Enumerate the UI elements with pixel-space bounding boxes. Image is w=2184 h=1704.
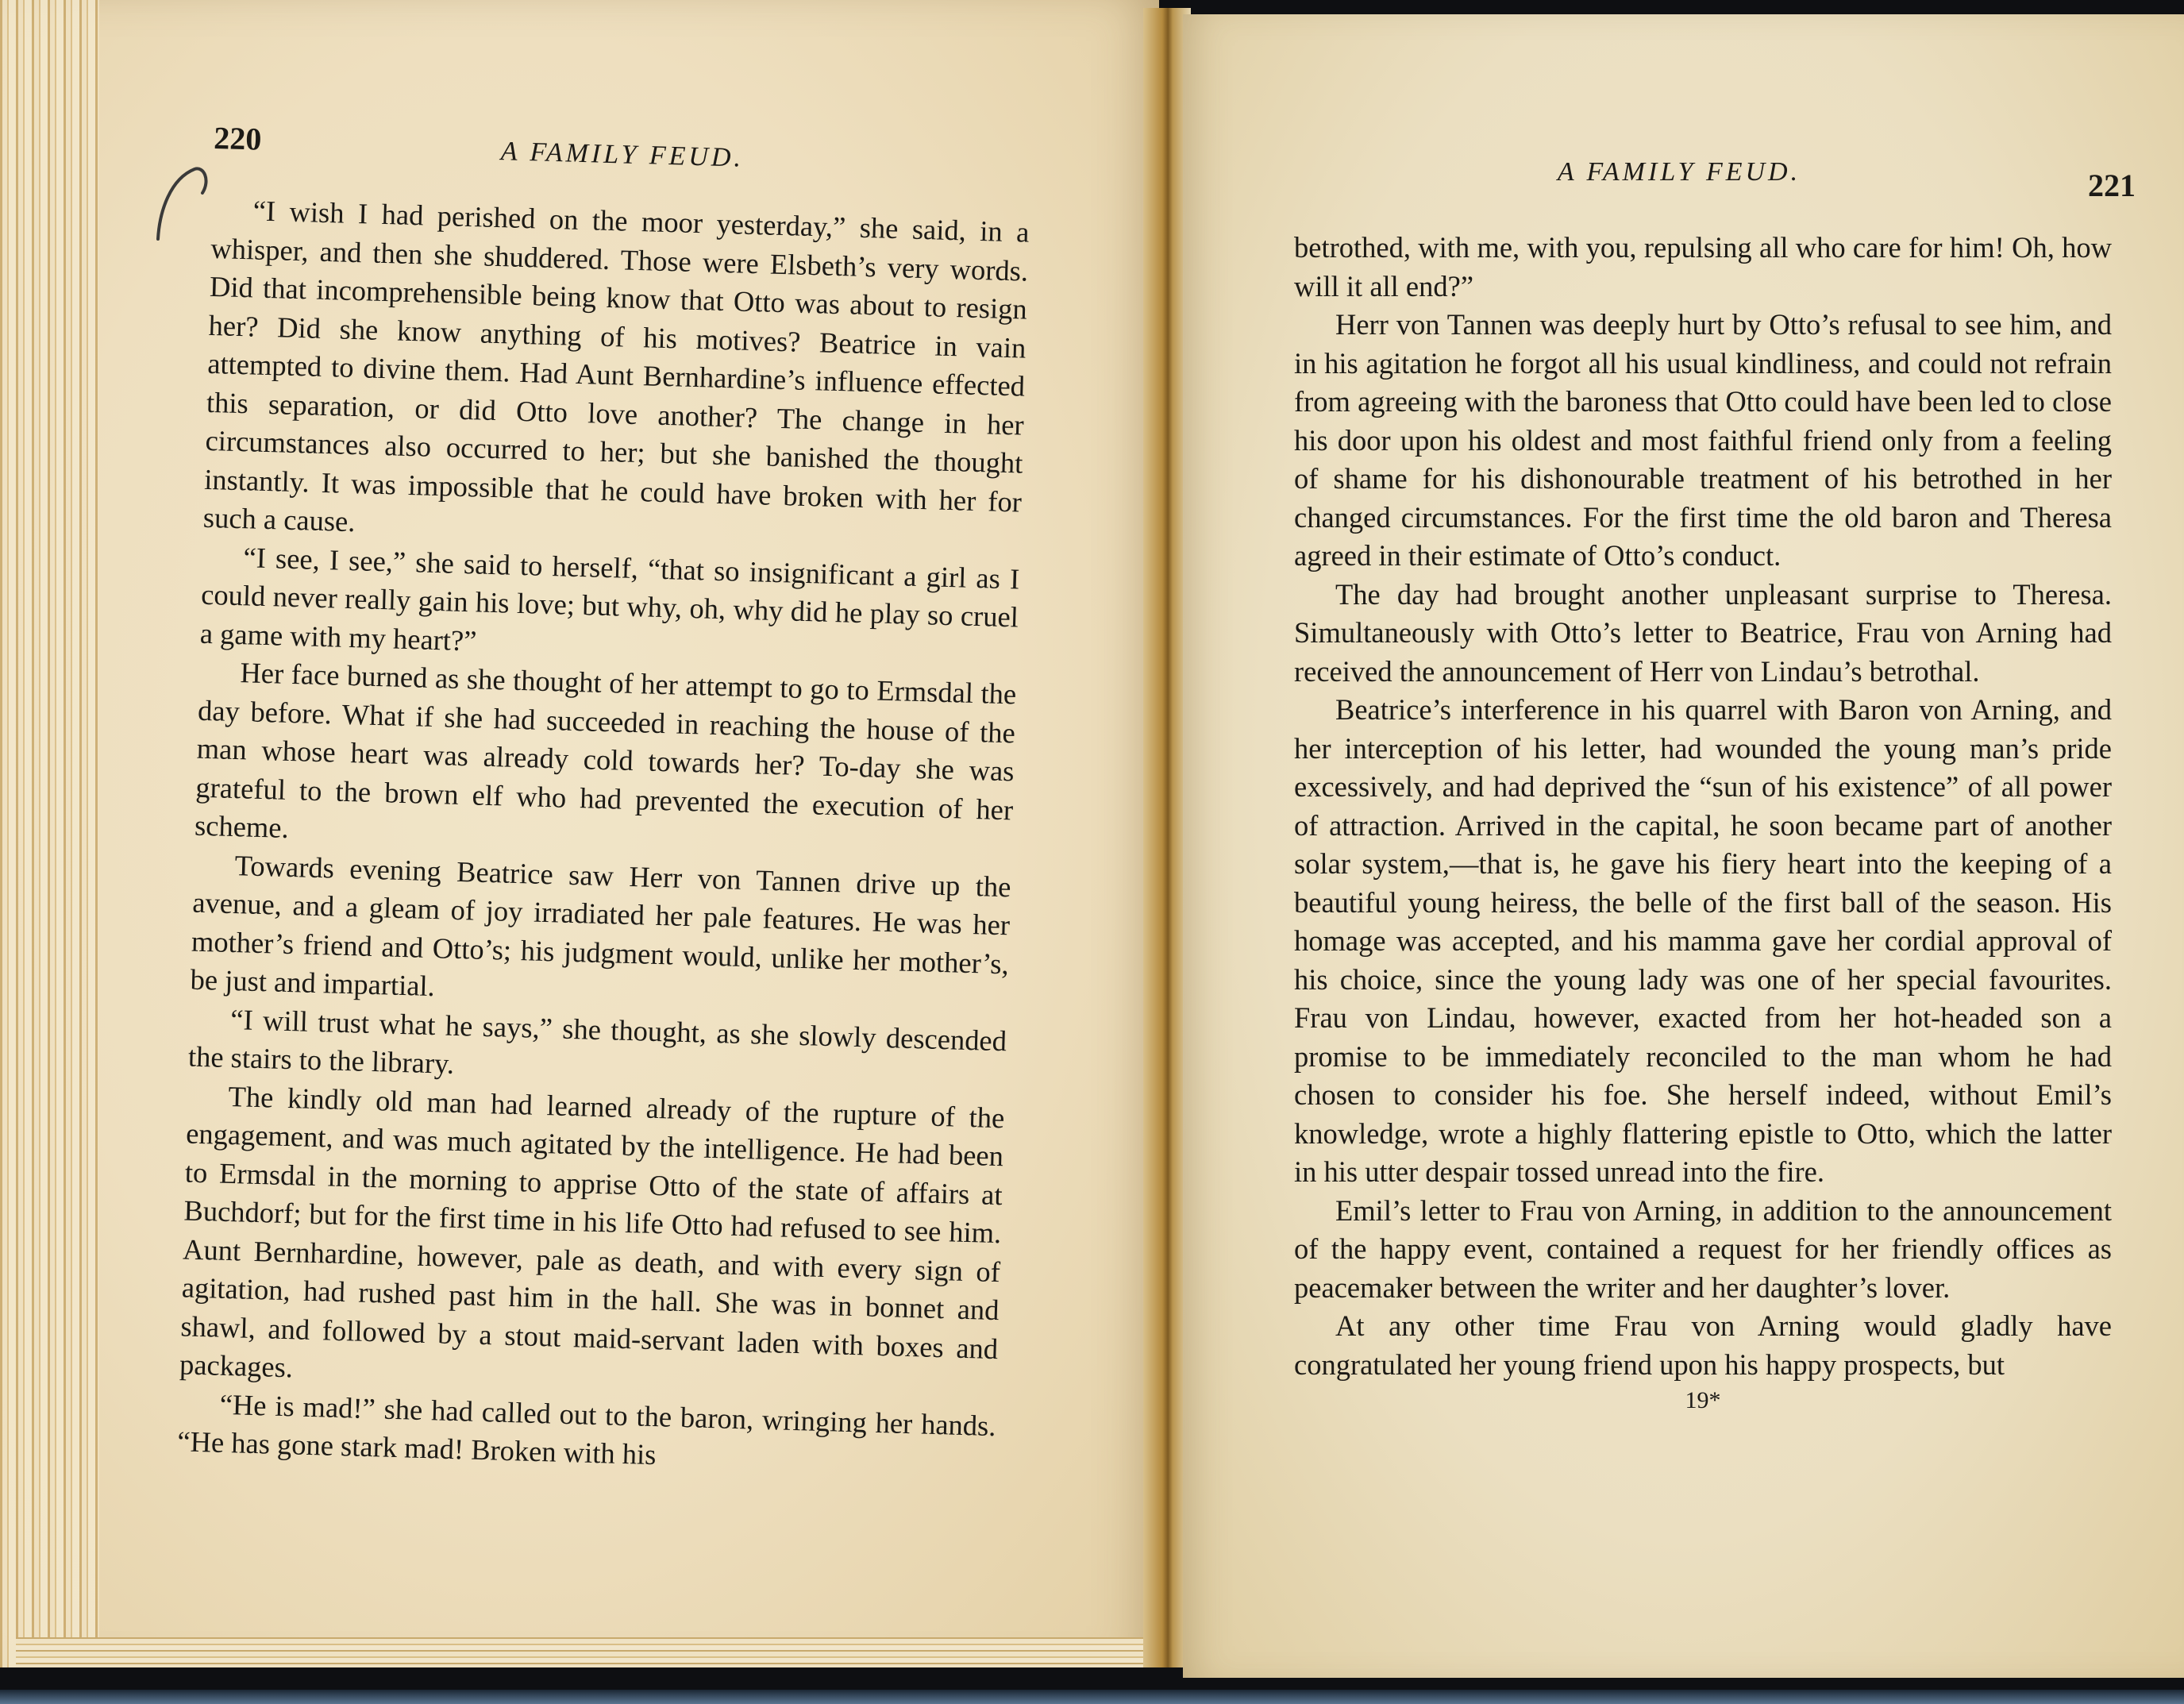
- signature-mark: 19*: [1294, 1387, 2112, 1414]
- running-title: A FAMILY FEUD.: [1246, 157, 2112, 187]
- paragraph: Emil’s letter to Frau von Arning, in add…: [1294, 1192, 2112, 1308]
- right-page: A FAMILY FEUD. 221 betrothed, with me, w…: [1183, 14, 2184, 1678]
- paragraph: The kindly old man had learned already o…: [179, 1076, 1005, 1407]
- scanner-edge: [0, 1690, 2184, 1704]
- paragraph: Her face burned as she thought of her at…: [194, 653, 1016, 868]
- page-edges-left: [0, 0, 99, 1667]
- page-edges-bottom: [16, 1637, 1159, 1667]
- paragraph: Beatrice’s interference in his quarrel w…: [1294, 691, 2112, 1192]
- pencil-margin-mark: [155, 163, 210, 242]
- running-head: A FAMILY FEUD. 221: [1294, 157, 2112, 229]
- paragraph: At any other time Frau von Arning would …: [1294, 1307, 2112, 1384]
- body-text: “I wish I had perished on the moor yeste…: [177, 191, 1030, 1484]
- body-text: betrothed, with me, with you, repulsing …: [1294, 229, 2112, 1384]
- running-title: A FAMILY FEUD.: [214, 129, 1032, 182]
- paragraph: “I wish I had perished on the moor yeste…: [202, 191, 1030, 560]
- paragraph: The day had brought another unpleasant s…: [1294, 576, 2112, 692]
- right-page-content: A FAMILY FEUD. 221 betrothed, with me, w…: [1294, 157, 2112, 1414]
- page-number: 221: [2088, 167, 2136, 204]
- paragraph: “I see, I see,” she said to herself, “th…: [199, 537, 1020, 675]
- paragraph: Herr von Tannen was deeply hurt by Otto’…: [1294, 306, 2112, 576]
- left-page: 220 A FAMILY FEUD. “I wish I had perishe…: [0, 0, 1159, 1667]
- left-page-content: 220 A FAMILY FEUD. “I wish I had perishe…: [177, 119, 1032, 1484]
- open-book-spread: 220 A FAMILY FEUD. “I wish I had perishe…: [0, 0, 2184, 1690]
- paragraph: betrothed, with me, with you, repulsing …: [1294, 229, 2112, 306]
- paragraph: Towards evening Beatrice saw Herr von Ta…: [190, 845, 1011, 1022]
